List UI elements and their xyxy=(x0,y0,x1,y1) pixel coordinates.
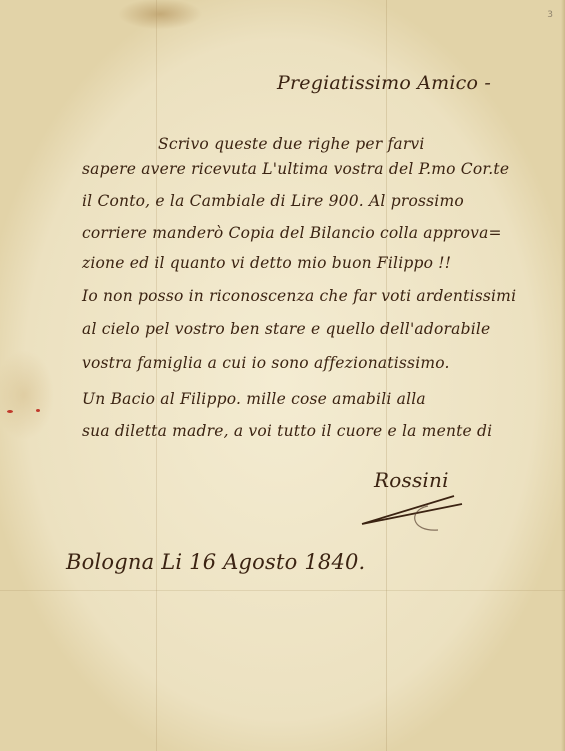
wax-seal-trace xyxy=(7,410,13,413)
fold-crease-vertical xyxy=(386,0,387,751)
letter-line: il Conto, e la Cambiale di Lire 900. Al … xyxy=(82,192,464,210)
letter-line: al cielo pel vostro ben stare e quello d… xyxy=(82,320,490,338)
letter-line: sua diletta madre, a voi tutto il cuore … xyxy=(82,422,492,440)
fold-crease-vertical xyxy=(156,0,157,751)
fold-crease-horizontal xyxy=(0,590,565,591)
wax-seal-trace xyxy=(36,409,40,412)
paper-edge xyxy=(561,0,565,751)
page-number: 3 xyxy=(547,10,553,20)
letter-page: 3 Pregiatissimo Amico - Scrivo queste du… xyxy=(0,0,565,751)
letter-line: Un Bacio al Filippo. mille cose amabili … xyxy=(82,390,426,408)
letter-line: Scrivo queste due righe per farvi xyxy=(158,135,425,153)
letter-line: zione ed il quanto vi detto mio buon Fil… xyxy=(82,254,451,272)
letter-greeting: Pregiatissimo Amico - xyxy=(277,72,491,94)
letter-line: vostra famiglia a cui io sono affezionat… xyxy=(82,354,450,372)
signature-flourish-icon xyxy=(358,492,468,537)
letter-line: Io non posso in riconoscenza che far vot… xyxy=(82,287,516,305)
letter-line: corriere manderò Copia del Bilancio coll… xyxy=(82,224,502,242)
dateline: Bologna Li 16 Agosto 1840. xyxy=(66,550,365,574)
letter-line: sapere avere ricevuta L'ultima vostra de… xyxy=(82,160,509,178)
signature: Rossini xyxy=(374,468,449,492)
